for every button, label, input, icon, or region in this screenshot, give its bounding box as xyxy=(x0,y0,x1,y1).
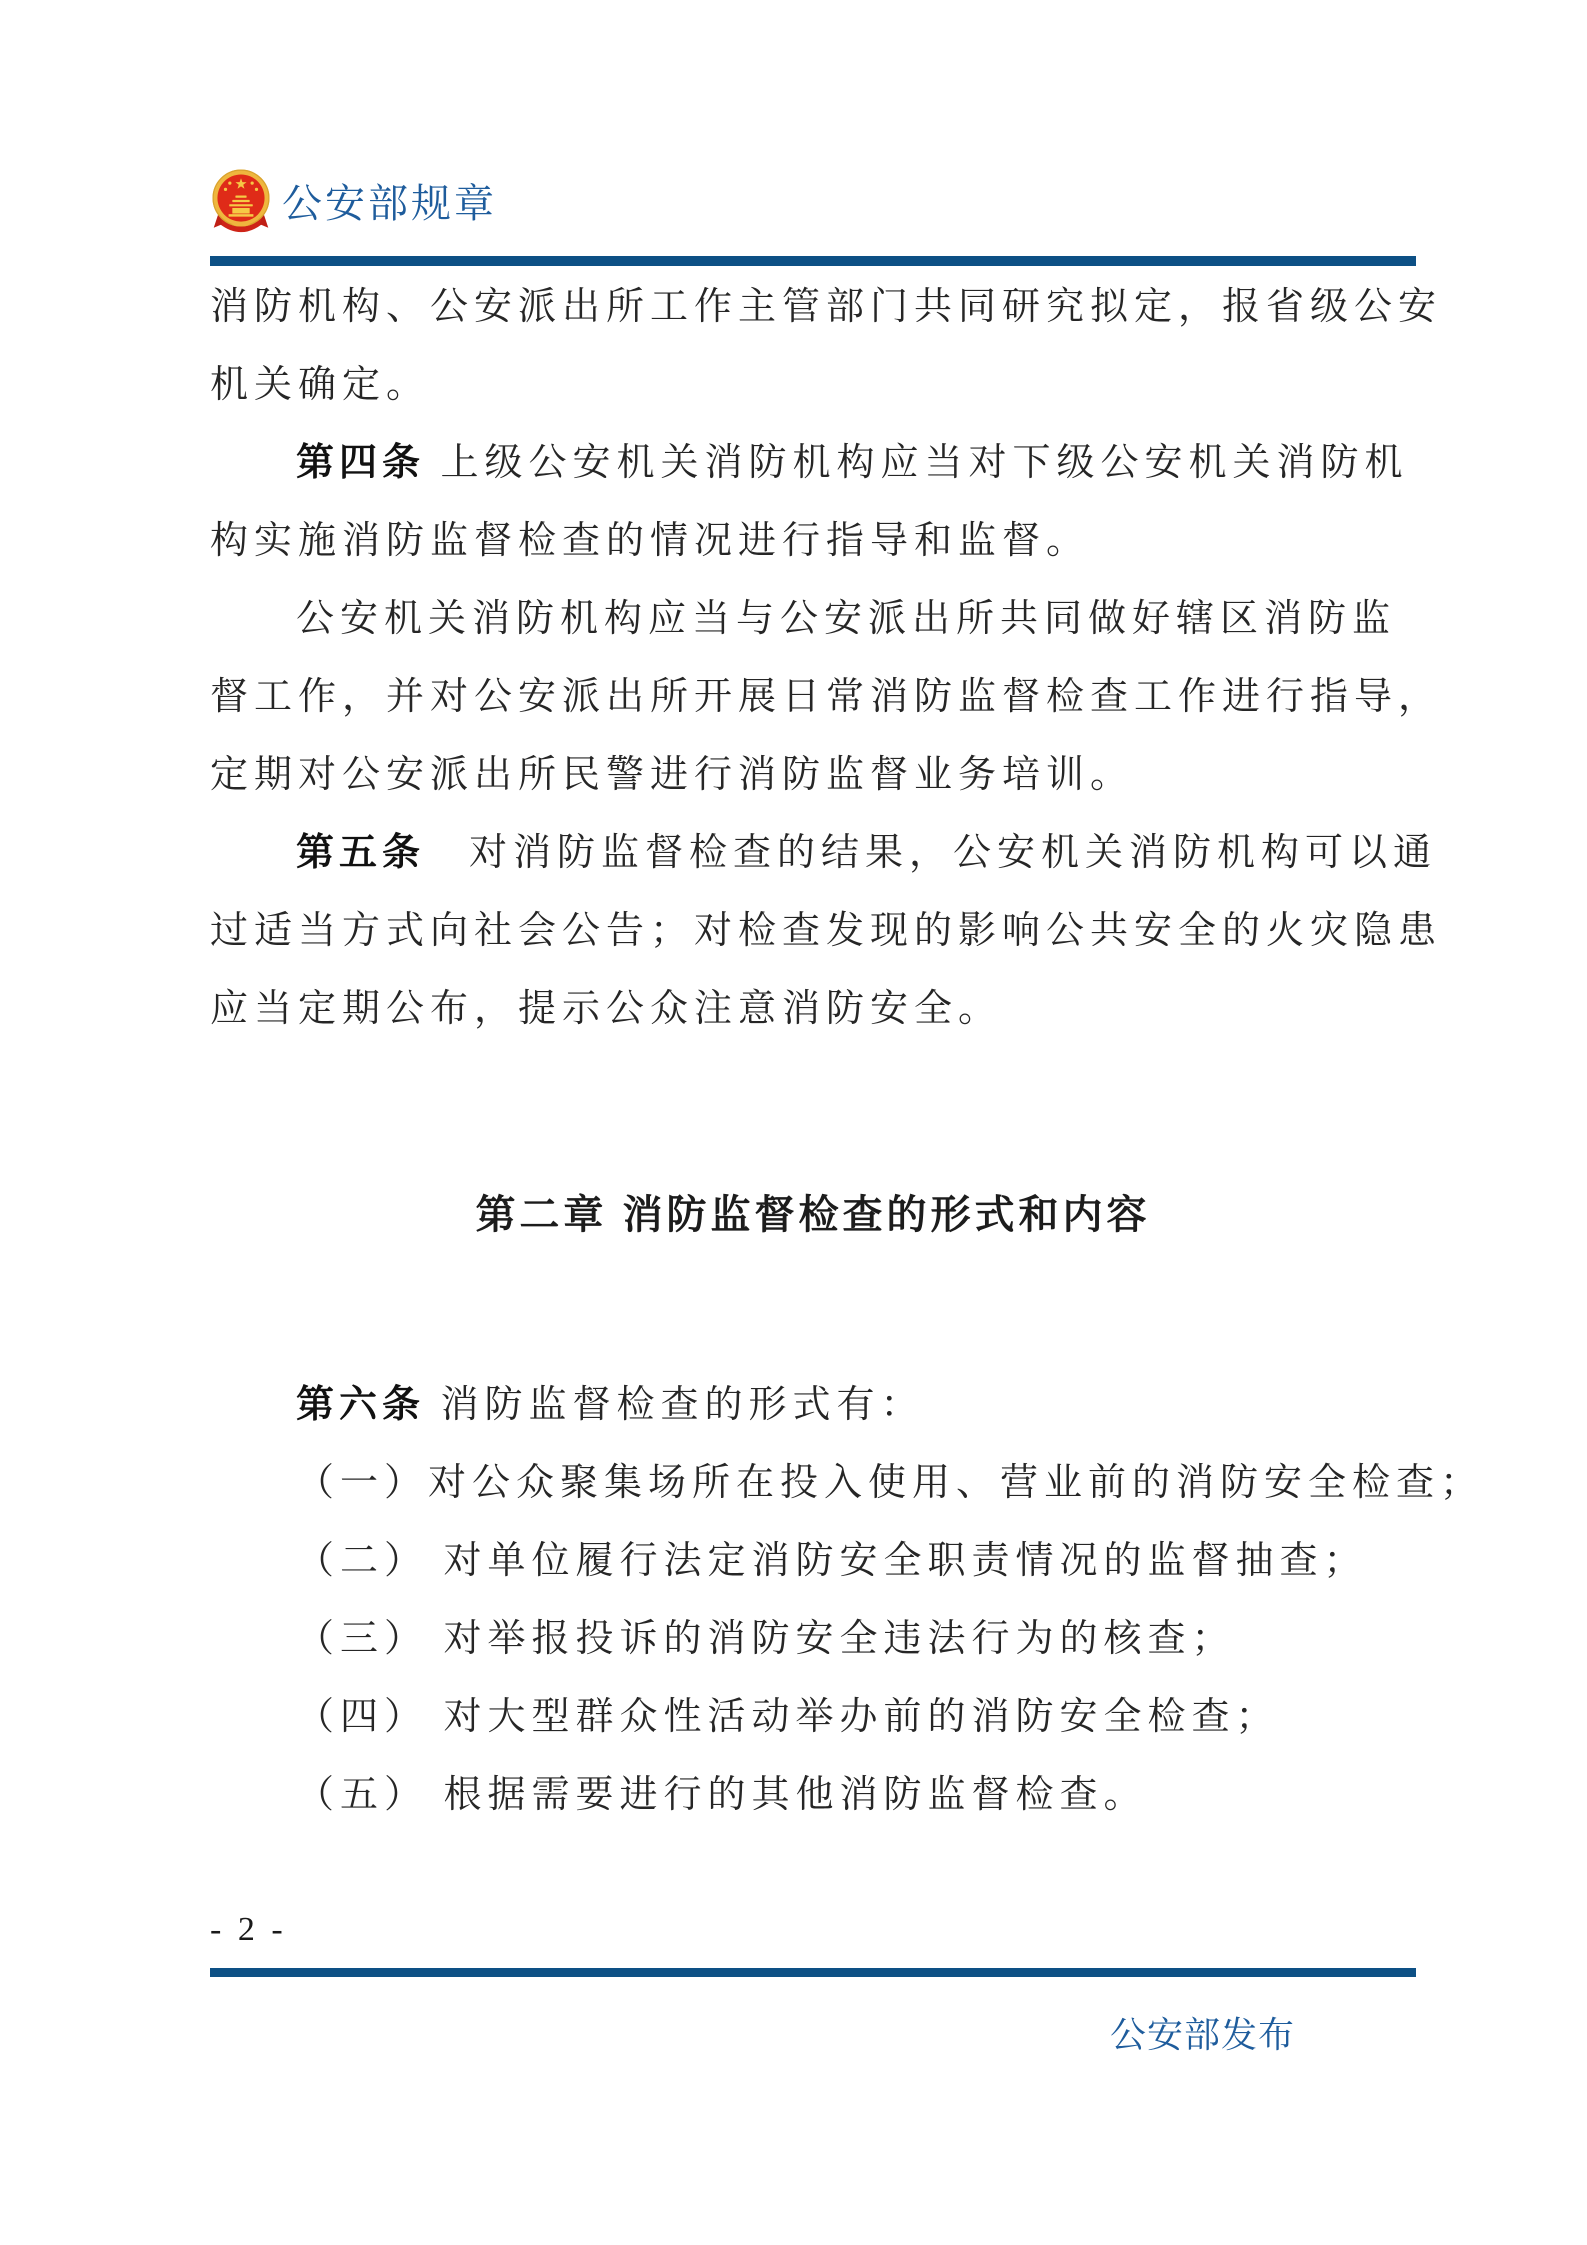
text-line: 第四条 上级公安机关消防机构应当对下级公安机关消防机 xyxy=(210,424,1470,502)
article-6-text: 第六条 消防监督检查的形式有： （一）对公众聚集场所在投入使用、营业前的消防安全… xyxy=(210,1366,1470,1834)
page-number: - 2 - xyxy=(210,1905,287,1955)
text-line: 督工作，并对公安派出所开展日常消防监督检查工作进行指导， xyxy=(210,658,1470,736)
text-line: 机关确定。 xyxy=(210,346,1470,424)
publisher-label: 公安部发布 xyxy=(1110,2010,1295,2060)
header-title: 公安部规章 xyxy=(282,178,497,230)
list-item: （五） 根据需要进行的其他消防监督检查。 xyxy=(210,1756,1470,1834)
list-item: （二） 对单位履行法定消防安全职责情况的监督抽查； xyxy=(210,1522,1470,1600)
list-item: （四） 对大型群众性活动举办前的消防安全检查； xyxy=(210,1678,1470,1756)
text-line: 公安机关消防机构应当与公安派出所共同做好辖区消防监 xyxy=(210,580,1470,658)
text-line: 定期对公安派出所民警进行消防监督业务培训。 xyxy=(210,736,1470,814)
header-rule xyxy=(210,256,1416,266)
list-item: （三） 对举报投诉的消防安全违法行为的核查； xyxy=(210,1600,1470,1678)
text-line: 过适当方式向社会公告；对检查发现的影响公共安全的火灾隐患 xyxy=(210,892,1470,970)
body-text: 消防机构、公安派出所工作主管部门共同研究拟定，报省级公安 机关确定。 第四条 上… xyxy=(210,268,1470,1048)
text-line: 第五条 对消防监督检查的结果，公安机关消防机构可以通 xyxy=(210,814,1470,892)
national-emblem-icon xyxy=(210,168,272,238)
document-page: 公安部规章 消防机构、公安派出所工作主管部门共同研究拟定，报省级公安 机关确定。… xyxy=(0,0,1587,2245)
text-line: 应当定期公布，提示公众注意消防安全。 xyxy=(210,970,1470,1048)
article-4-label: 第四条 xyxy=(296,442,425,484)
text-line: 第六条 消防监督检查的形式有： xyxy=(210,1366,1470,1444)
article-6-label: 第六条 xyxy=(296,1384,425,1426)
text-line: 消防机构、公安派出所工作主管部门共同研究拟定，报省级公安 xyxy=(210,268,1470,346)
chapter-heading: 第二章 消防监督检查的形式和内容 xyxy=(210,1176,1416,1254)
footer-rule xyxy=(210,1968,1416,1977)
text-line: 构实施消防监督检查的情况进行指导和监督。 xyxy=(210,502,1470,580)
article-5-label: 第五条 xyxy=(296,832,425,874)
list-item: （一）对公众聚集场所在投入使用、营业前的消防安全检查； xyxy=(210,1444,1470,1522)
